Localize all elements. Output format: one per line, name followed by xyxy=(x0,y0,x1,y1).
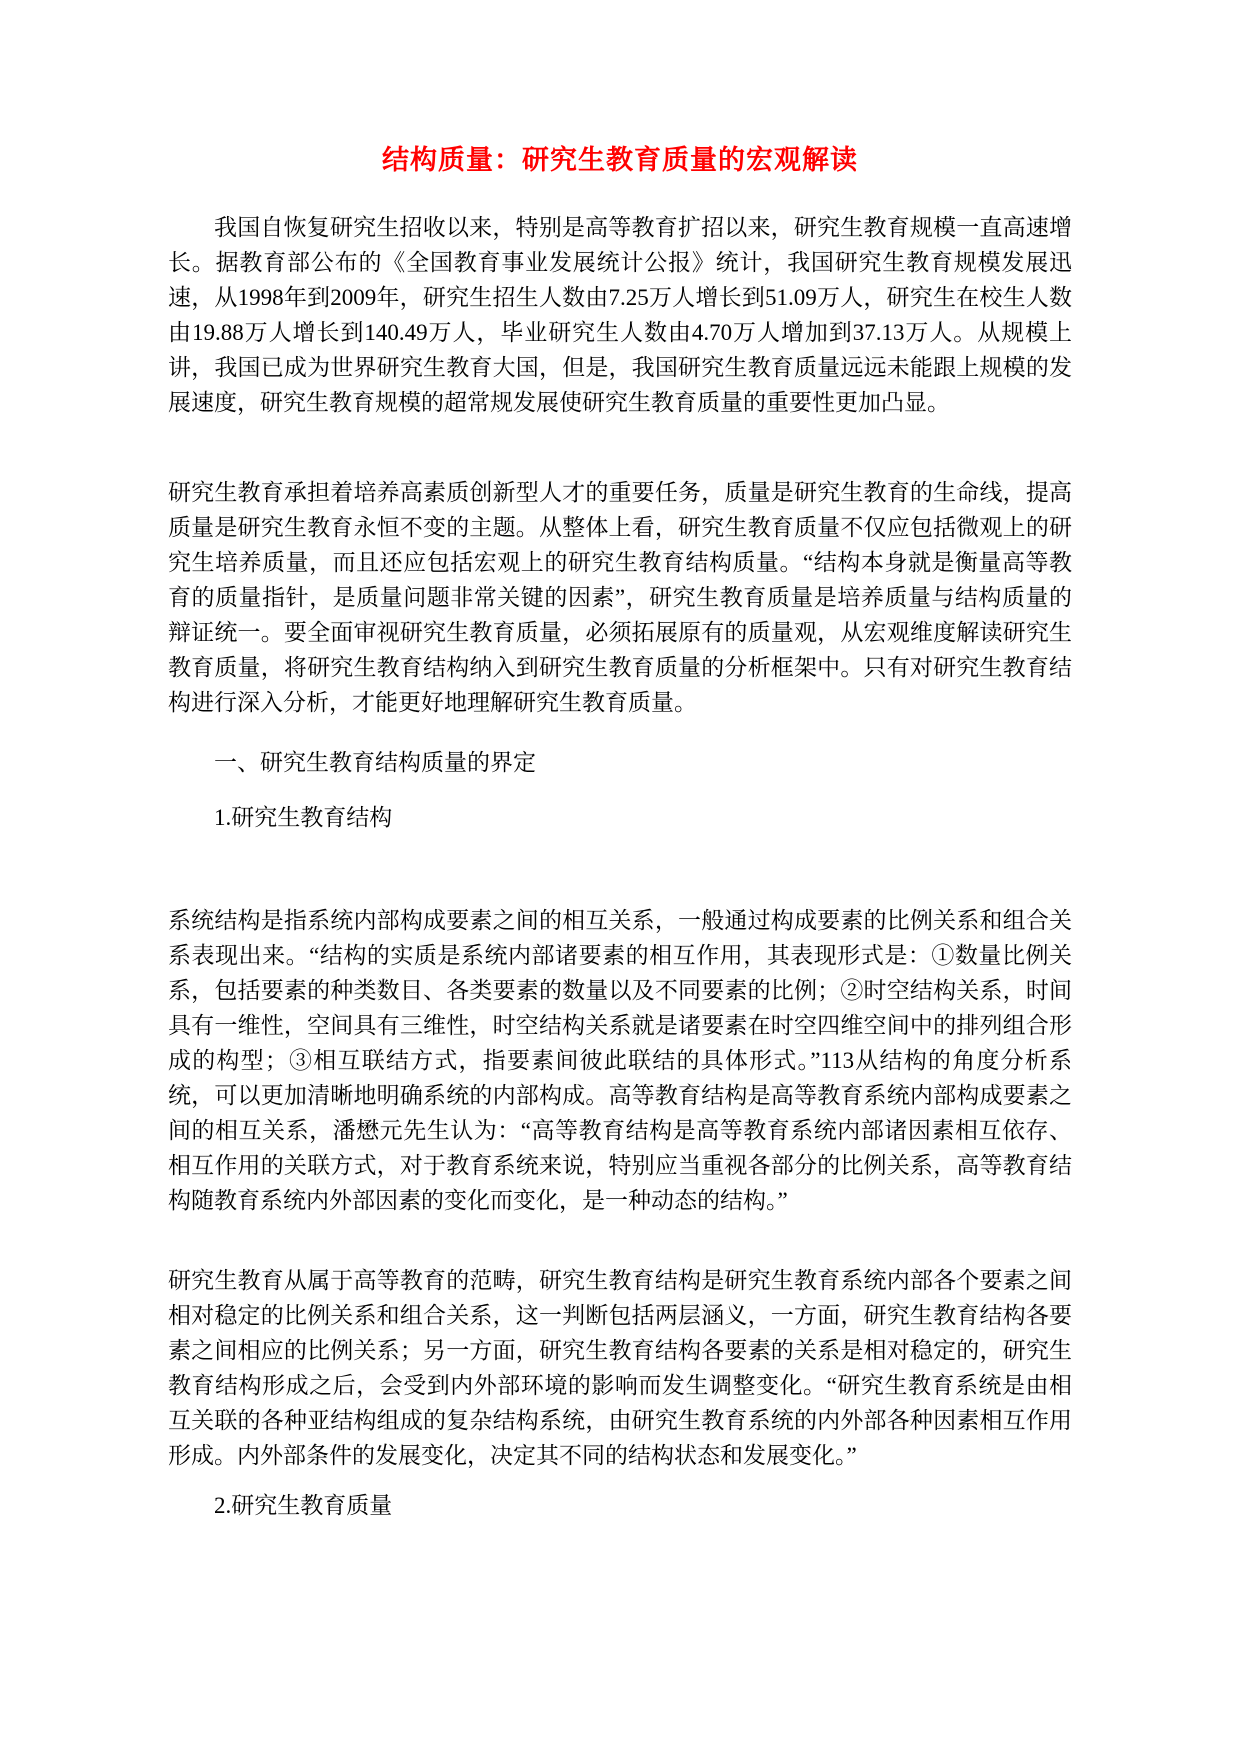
paragraph-system-structure: 系统结构是指系统内部构成要素之间的相互关系，一般通过构成要素的比例关系和组合关系… xyxy=(168,903,1072,1218)
subheading-2-quality: 2.研究生教育质量 xyxy=(168,1488,1072,1523)
paragraph-graduate-structure: 研究生教育从属于高等教育的范畴，研究生教育结构是研究生教育系统内部各个要素之间相… xyxy=(168,1263,1072,1473)
page-title: 结构质量：研究生教育质量的宏观解读 xyxy=(168,140,1072,180)
document-page: 结构质量：研究生教育质量的宏观解读 我国自恢复研究生招收以来，特别是高等教育扩招… xyxy=(0,0,1241,1754)
section-heading-1: 一、研究生教育结构质量的界定 xyxy=(168,745,1072,780)
paragraph-quality-lifeline: 研究生教育承担着培养高素质创新型人才的重要任务，质量是研究生教育的生命线，提高质… xyxy=(168,475,1072,720)
paragraph-intro-scale: 我国自恢复研究生招收以来，特别是高等教育扩招以来，研究生教育规模一直高速增长。据… xyxy=(168,210,1072,420)
subheading-1-structure: 1.研究生教育结构 xyxy=(168,800,1072,835)
